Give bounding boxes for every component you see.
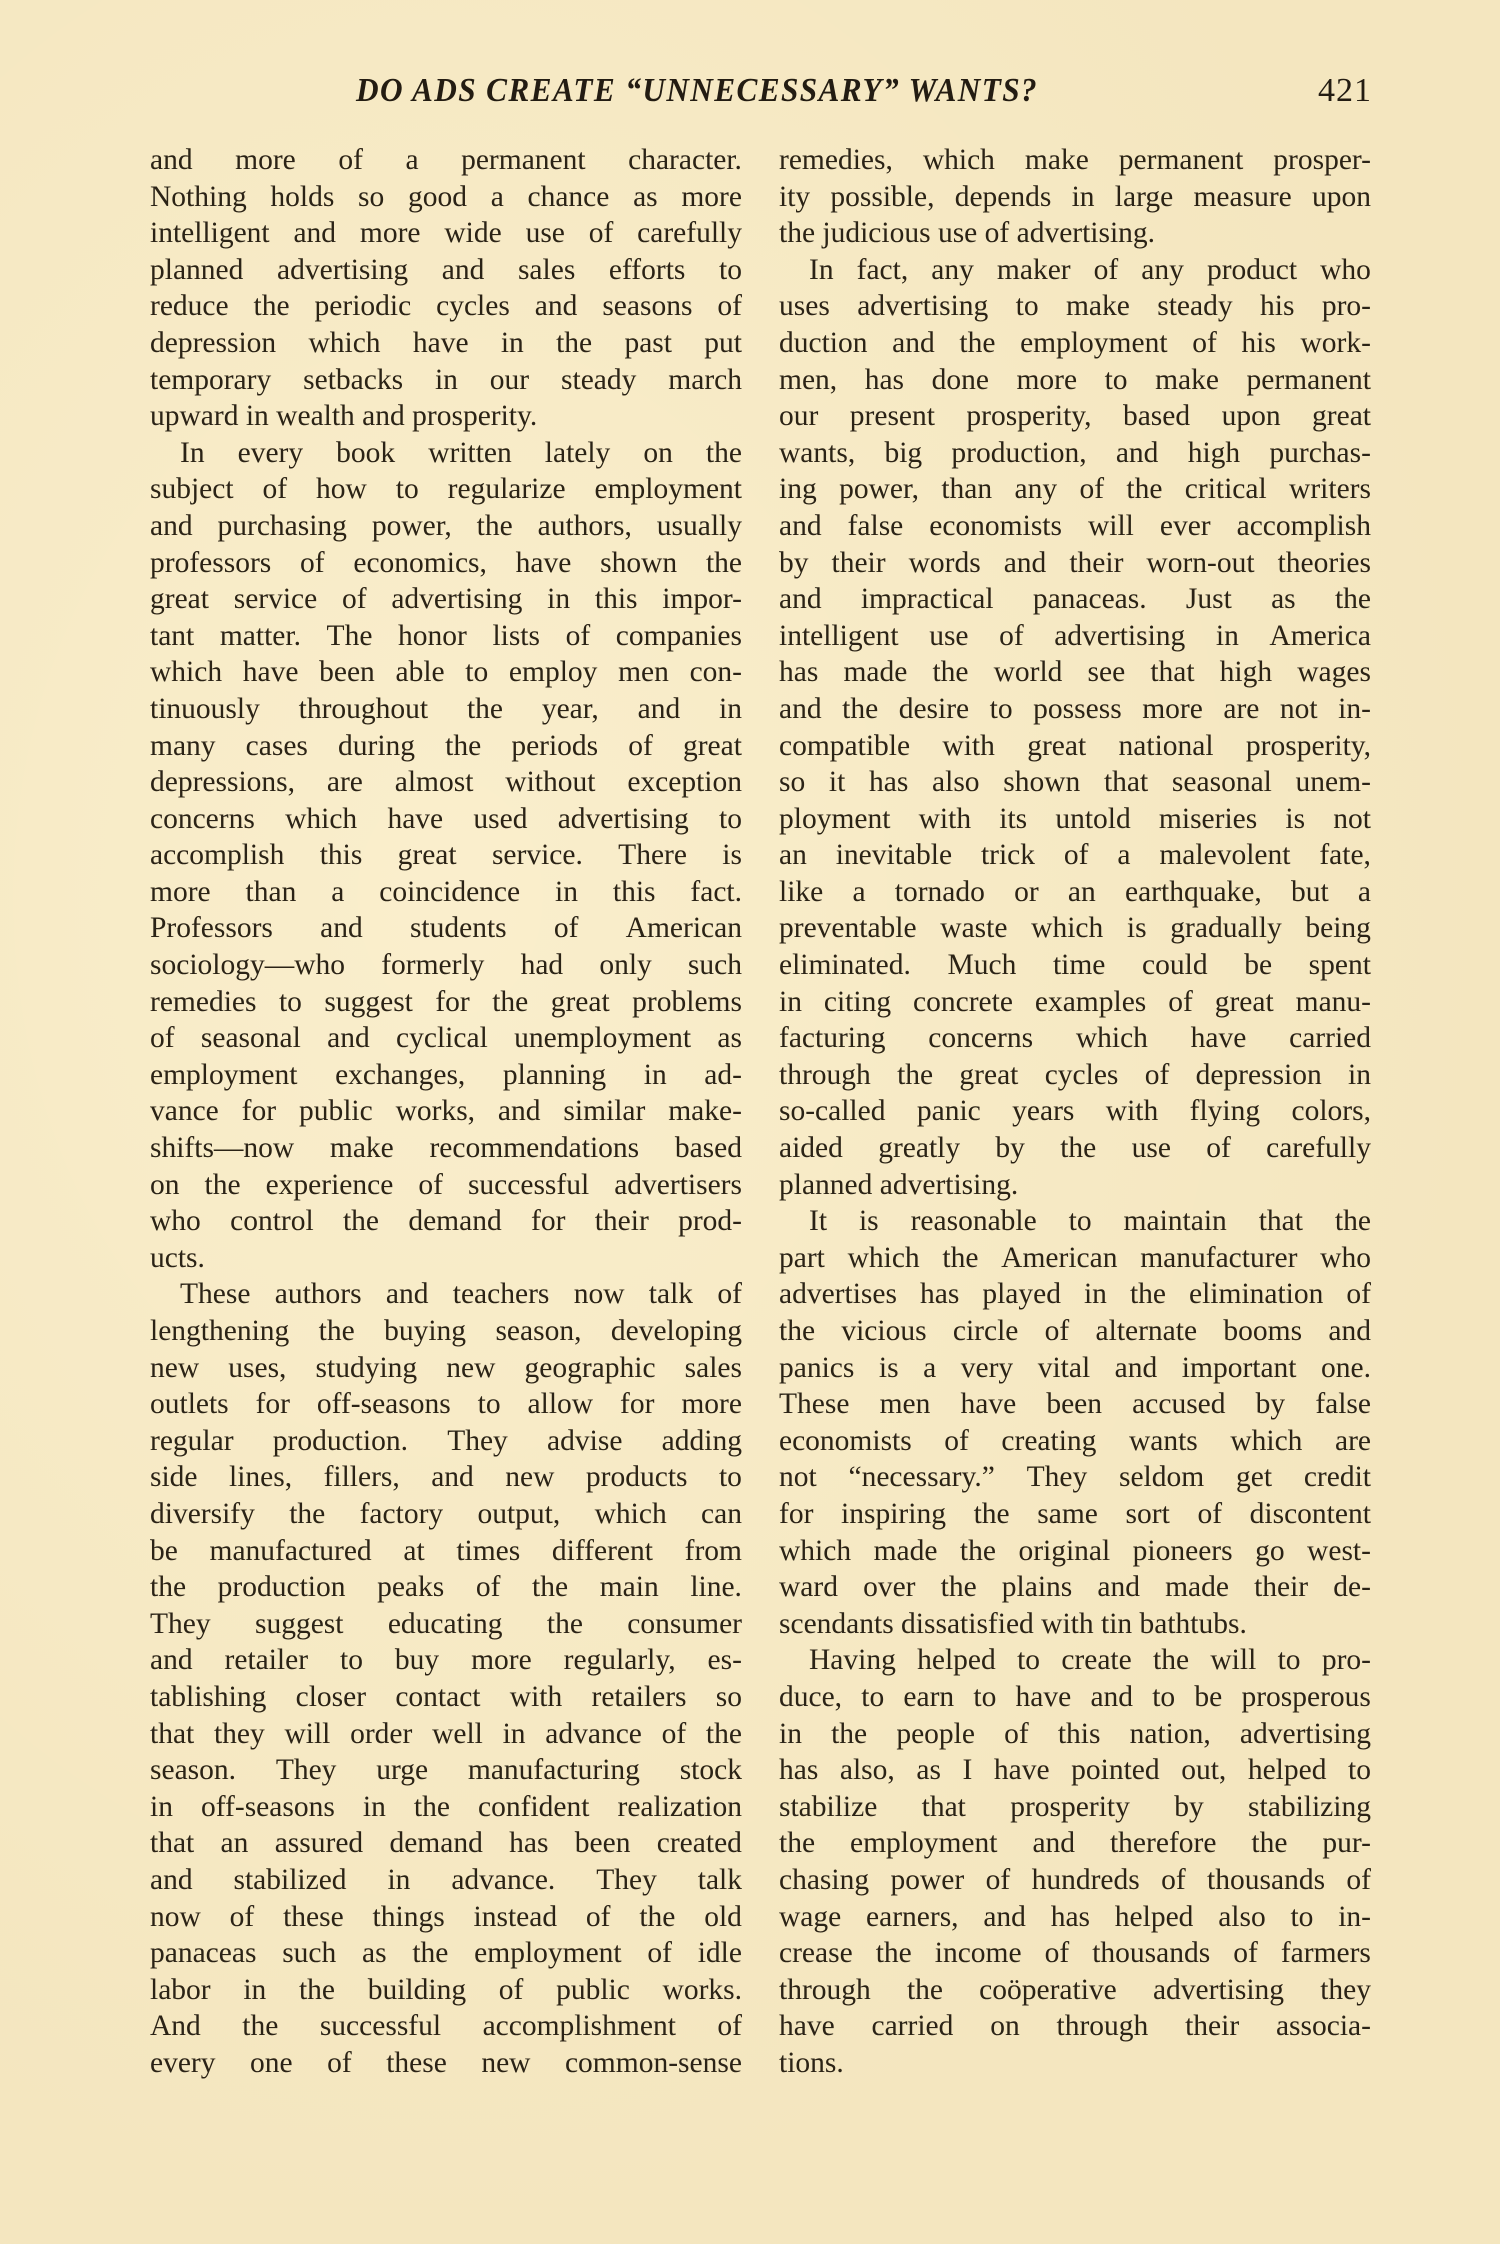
text-line: concerns which have used advertising to xyxy=(150,801,742,838)
text-line: diversify the factory output, which can xyxy=(150,1496,742,1533)
text-line: eliminated. Much time could be spent xyxy=(779,947,1371,984)
left-column: and more of a permanent character.Nothin… xyxy=(150,142,742,2081)
text-line: shifts—now make recommendations based xyxy=(150,1130,742,1167)
text-line: so-called panic years with flying colors… xyxy=(779,1093,1371,1130)
text-line: vance for public works, and similar make… xyxy=(150,1093,742,1130)
text-line: ucts. xyxy=(150,1240,742,1277)
right-column: remedies, which make permanent prosper-i… xyxy=(779,142,1371,2081)
text-line: the production peaks of the main line. xyxy=(150,1569,742,1606)
text-line: side lines, fillers, and new products to xyxy=(150,1459,742,1496)
text-line: Nothing holds so good a chance as more xyxy=(150,179,742,216)
text-line: and impractical panaceas. Just as the xyxy=(779,581,1371,618)
text-line: for inspiring the same sort of disconten… xyxy=(779,1496,1371,1533)
text-line: the judicious use of advertising. xyxy=(779,215,1371,252)
text-line: reduce the periodic cycles and seasons o… xyxy=(150,288,742,325)
text-line: wage earners, and has helped also to in- xyxy=(779,1899,1371,1936)
running-title: DO ADS CREATE “UNNECESSARY” WANTS? xyxy=(356,72,1038,110)
text-line: aided greatly by the use of carefully xyxy=(779,1130,1371,1167)
text-line: more than a coincidence in this fact. xyxy=(150,874,742,911)
running-head: DO ADS CREATE “UNNECESSARY” WANTS? 421 xyxy=(0,72,1500,122)
text-line: professors of economics, have shown the xyxy=(150,545,742,582)
text-line: In every book written lately on the xyxy=(150,435,742,472)
text-line: remedies to suggest for the great proble… xyxy=(150,984,742,1021)
text-line: ity possible, depends in large measure u… xyxy=(779,179,1371,216)
text-line: lengthening the buying season, developin… xyxy=(150,1313,742,1350)
text-line: men, has done more to make permanent xyxy=(779,362,1371,399)
text-line: In fact, any maker of any product who xyxy=(779,252,1371,289)
text-line: subject of how to regularize employment xyxy=(150,471,742,508)
text-line: the employment and therefore the pur- xyxy=(779,1825,1371,1862)
text-line: ployment with its untold miseries is not xyxy=(779,801,1371,838)
text-line: like a tornado or an earthquake, but a xyxy=(779,874,1371,911)
text-line: wants, big production, and high purchas- xyxy=(779,435,1371,472)
text-line: And the successful accomplishment of xyxy=(150,2008,742,2045)
text-line: ward over the plains and made their de- xyxy=(779,1569,1371,1606)
text-line: temporary setbacks in our steady march xyxy=(150,362,742,399)
text-line: planned advertising and sales efforts to xyxy=(150,252,742,289)
text-line: who control the demand for their prod- xyxy=(150,1203,742,1240)
text-line: panics is a very vital and important one… xyxy=(779,1350,1371,1387)
text-line: which have been able to employ men con- xyxy=(150,654,742,691)
text-line: now of these things instead of the old xyxy=(150,1899,742,1936)
text-line: and purchasing power, the authors, usual… xyxy=(150,508,742,545)
text-line: in the people of this nation, advertisin… xyxy=(779,1716,1371,1753)
text-line: through the coöperative advertising they xyxy=(779,1972,1371,2009)
text-line: so it has also shown that seasonal unem- xyxy=(779,764,1371,801)
text-line: season. They urge manufacturing stock xyxy=(150,1752,742,1789)
text-line: duction and the employment of his work- xyxy=(779,325,1371,362)
text-line: and stabilized in advance. They talk xyxy=(150,1862,742,1899)
text-line: has also, as I have pointed out, helped … xyxy=(779,1752,1371,1789)
text-line: which made the original pioneers go west… xyxy=(779,1533,1371,1570)
text-line: These men have been accused by false xyxy=(779,1386,1371,1423)
text-line: depressions, are almost without exceptio… xyxy=(150,764,742,801)
text-line: the vicious circle of alternate booms an… xyxy=(779,1313,1371,1350)
text-line: be manufactured at times different from xyxy=(150,1533,742,1570)
text-line: in citing concrete examples of great man… xyxy=(779,984,1371,1021)
text-line: crease the income of thousands of farmer… xyxy=(779,1935,1371,1972)
text-line: preventable waste which is gradually bei… xyxy=(779,910,1371,947)
text-line: uses advertising to make steady his pro- xyxy=(779,288,1371,325)
text-line: tant matter. The honor lists of companie… xyxy=(150,618,742,655)
page-number: 421 xyxy=(1318,72,1372,110)
text-line: These authors and teachers now talk of xyxy=(150,1276,742,1313)
text-line: Professors and students of American xyxy=(150,910,742,947)
text-line: many cases during the periods of great xyxy=(150,728,742,765)
text-line: Having helped to create the will to pro- xyxy=(779,1642,1371,1679)
text-line: and more of a permanent character. xyxy=(150,142,742,179)
text-line: chasing power of hundreds of thousands o… xyxy=(779,1862,1371,1899)
text-line: that an assured demand has been created xyxy=(150,1825,742,1862)
text-line: by their words and their worn-out theori… xyxy=(779,545,1371,582)
text-line: has made the world see that high wages xyxy=(779,654,1371,691)
text-line: compatible with great national prosperit… xyxy=(779,728,1371,765)
text-line: our present prosperity, based upon great xyxy=(779,398,1371,435)
text-line: have carried on through their associa- xyxy=(779,2008,1371,2045)
text-line: economists of creating wants which are xyxy=(779,1423,1371,1460)
text-line: regular production. They advise adding xyxy=(150,1423,742,1460)
text-line: advertises has played in the elimination… xyxy=(779,1276,1371,1313)
text-line: scendants dissatisfied with tin bathtubs… xyxy=(779,1606,1371,1643)
text-line: ing power, than any of the critical writ… xyxy=(779,471,1371,508)
text-line: and retailer to buy more regularly, es- xyxy=(150,1642,742,1679)
text-line: of seasonal and cyclical unemployment as xyxy=(150,1020,742,1057)
text-line: outlets for off-seasons to allow for mor… xyxy=(150,1386,742,1423)
text-line: facturing concerns which have carried xyxy=(779,1020,1371,1057)
text-line: and the desire to possess more are not i… xyxy=(779,691,1371,728)
text-line: every one of these new common-sense xyxy=(150,2045,742,2082)
text-line: on the experience of successful advertis… xyxy=(150,1167,742,1204)
text-line: duce, to earn to have and to be prospero… xyxy=(779,1679,1371,1716)
text-line: and false economists will ever accomplis… xyxy=(779,508,1371,545)
text-line: part which the American manufacturer who xyxy=(779,1240,1371,1277)
text-line: employment exchanges, planning in ad- xyxy=(150,1057,742,1094)
text-line: great service of advertising in this imp… xyxy=(150,581,742,618)
text-line: an inevitable trick of a malevolent fate… xyxy=(779,837,1371,874)
text-line: tinuously throughout the year, and in xyxy=(150,691,742,728)
text-line: stabilize that prosperity by stabilizing xyxy=(779,1789,1371,1826)
text-line: through the great cycles of depression i… xyxy=(779,1057,1371,1094)
text-line: intelligent use of advertising in Americ… xyxy=(779,618,1371,655)
text-line: accomplish this great service. There is xyxy=(150,837,742,874)
text-line: tions. xyxy=(779,2045,1371,2082)
text-line: sociology—who formerly had only such xyxy=(150,947,742,984)
text-line: panaceas such as the employment of idle xyxy=(150,1935,742,1972)
text-line: planned advertising. xyxy=(779,1167,1371,1204)
text-line: remedies, which make permanent prosper- xyxy=(779,142,1371,179)
text-line: new uses, studying new geographic sales xyxy=(150,1350,742,1387)
text-line: that they will order well in advance of … xyxy=(150,1716,742,1753)
text-line: not “necessary.” They seldom get credit xyxy=(779,1459,1371,1496)
text-line: depression which have in the past put xyxy=(150,325,742,362)
text-line: in off-seasons in the confident realizat… xyxy=(150,1789,742,1826)
text-line: upward in wealth and prosperity. xyxy=(150,398,742,435)
text-line: It is reasonable to maintain that the xyxy=(779,1203,1371,1240)
text-line: intelligent and more wide use of careful… xyxy=(150,215,742,252)
text-line: labor in the building of public works. xyxy=(150,1972,742,2009)
text-line: They suggest educating the consumer xyxy=(150,1606,742,1643)
text-line: tablishing closer contact with retailers… xyxy=(150,1679,742,1716)
